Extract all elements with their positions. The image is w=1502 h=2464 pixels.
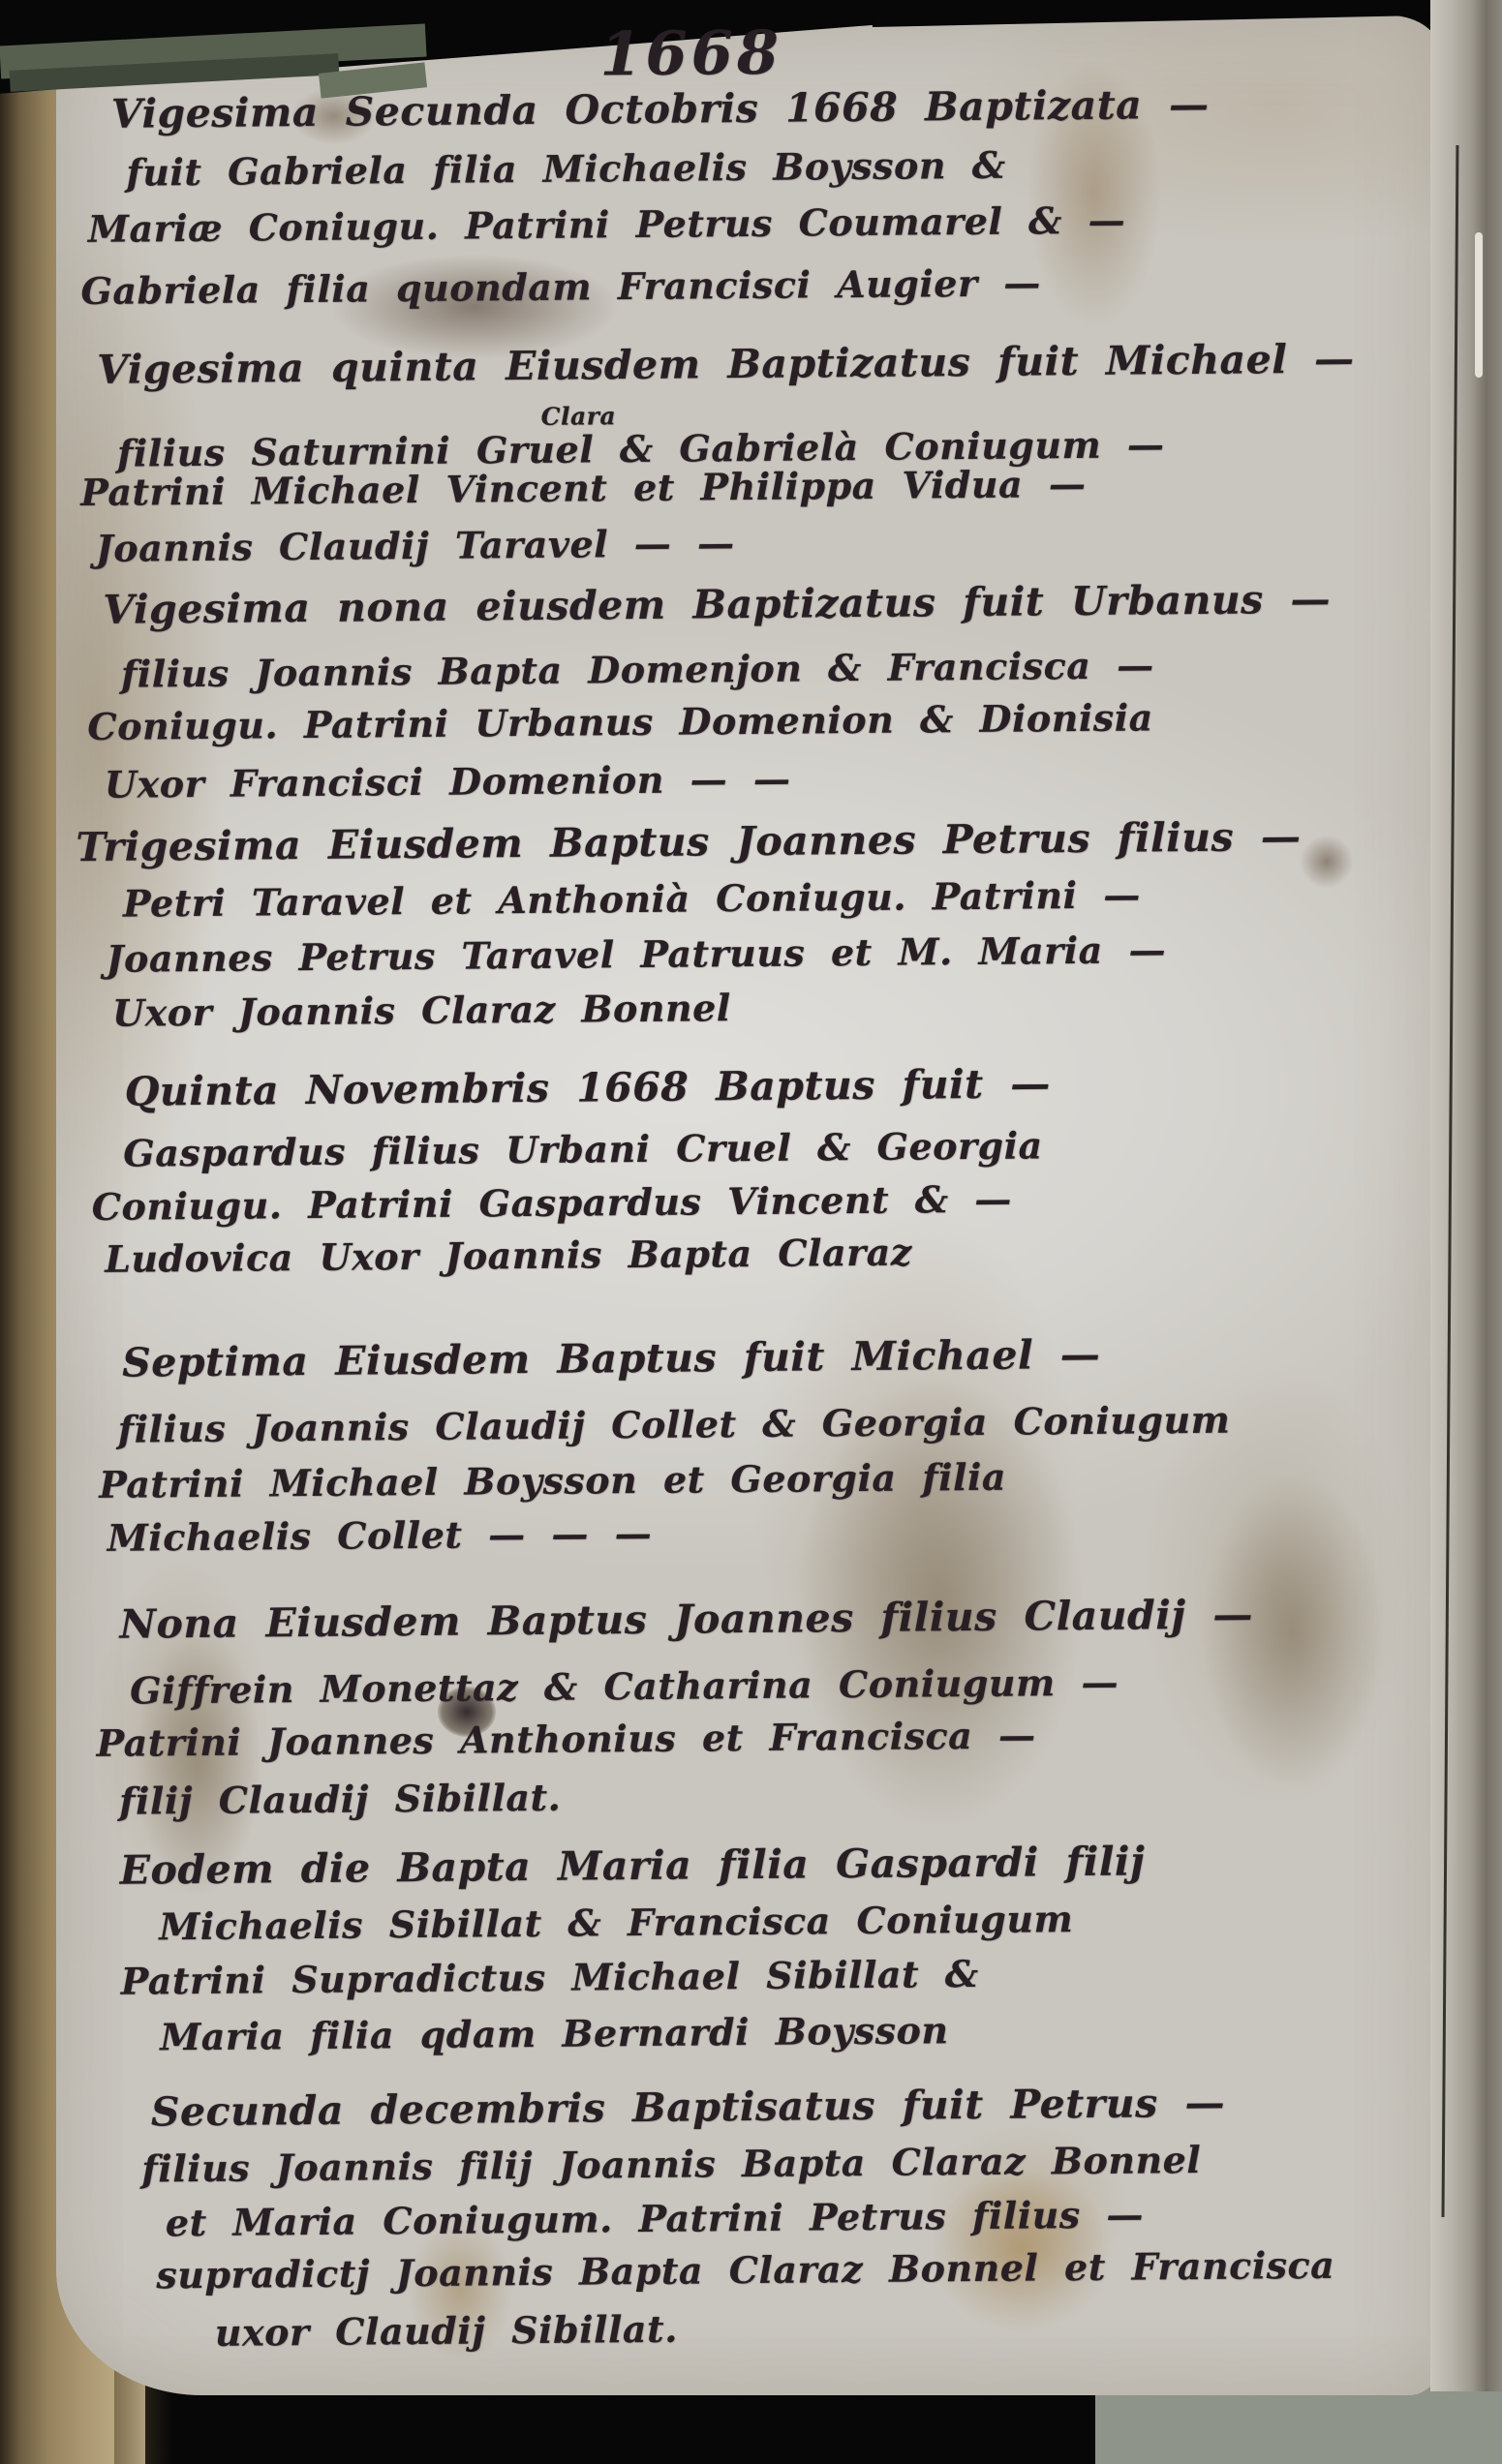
entry-line: Septima Eiusdem Baptus fuit Michael —	[122, 1331, 1101, 1386]
entry-line: Patrini Joannes Anthonius et Francisca —	[96, 1713, 1035, 1764]
entry-line: Patrini Supradictus Michael Sibillat &	[121, 1952, 979, 2003]
manuscript-photo: 1668 Vigesima Secunda Octobris 1668 Bapt…	[0, 0, 1502, 2464]
entry-line: Trigesima Eiusdem Baptus Joannes Petrus …	[76, 813, 1301, 870]
entry-line: Uxor Joannis Claraz Bonnel	[112, 986, 731, 1035]
entry-line: filij Claudij Sibillat.	[119, 1776, 562, 1823]
entry-line: Maria filia qdam Bernardi Boysson	[160, 2008, 949, 2058]
year-heading: 1668	[599, 17, 782, 90]
entry-line: Mariæ Coniugu. Patrini Petrus Coumarel &…	[88, 198, 1126, 251]
entry-line: supradictj Joannis Bapta Claraz Bonnel e…	[156, 2243, 1334, 2297]
entry-line: Vigesima quinta Eiusdem Baptizatus fuit …	[97, 336, 1355, 393]
entry-line: Coniugu. Patrini Gaspardus Vincent & —	[92, 1177, 1012, 1229]
entry-line: et Maria Coniugum. Patrini Petrus filius…	[166, 2193, 1144, 2245]
entry-line: Quinta Novembris 1668 Baptus fuit —	[125, 1060, 1052, 1114]
entry-line: Michaelis Collet — — —	[107, 1511, 653, 1560]
entry-line: Eodem die Bapta Maria filia Gaspardi fil…	[120, 1838, 1146, 1893]
entry-line: filius Joannis filij Joannis Bapta Clara…	[141, 2138, 1201, 2191]
entry-line: Nona Eiusdem Baptus Joannes filius Claud…	[119, 1591, 1253, 1647]
entry-line: Gabriela filia quondam Francisci Augier …	[80, 260, 1041, 313]
entry-line: uxor Claudij Sibillat.	[215, 2307, 678, 2355]
entry-line: Vigesima nona eiusdem Baptizatus fuit Ur…	[103, 576, 1331, 633]
entry-line: Secunda decembris Baptisatus fuit Petrus…	[151, 2080, 1225, 2136]
entry-line: Vigesima Secunda Octobris 1668 Baptizata…	[111, 81, 1210, 137]
handwritten-text: 1668 Vigesima Secunda Octobris 1668 Bapt…	[0, 0, 1502, 2464]
entry-line: Patrini Michael Vincent et Philippa Vidu…	[80, 462, 1086, 514]
entry-line: fuit Gabriela filia Michaelis Boysson &	[126, 143, 1006, 195]
entry-line: Uxor Francisci Domenion — —	[105, 757, 791, 806]
entry-line: Joannis Claudij Taravel — —	[96, 521, 735, 570]
entry-line: Ludovica Uxor Joannis Bapta Claraz	[105, 1231, 912, 1281]
entry-line: Petri Taravel et Anthonià Coniugu. Patri…	[123, 872, 1141, 925]
entry-line: Michaelis Sibillat & Francisca Coniugum	[159, 1897, 1073, 1948]
entry-line: Joannes Petrus Taravel Patruus et M. Mar…	[106, 928, 1166, 981]
entry-line: Patrini Michael Boysson et Georgia filia	[99, 1455, 1006, 1506]
entry-line: Coniugu. Patrini Urbanus Domenion & Dion…	[87, 695, 1153, 748]
entry-line: filius Joannis Claudij Collet & Georgia …	[118, 1398, 1231, 1451]
entry-line: Giffrein Monettaz & Catharina Coniugum —	[130, 1660, 1119, 1713]
entry-line: filius Joannis Bapta Domenjon & Francisc…	[121, 643, 1154, 695]
entry-line: Gaspardus filius Urbani Cruel & Georgia	[123, 1123, 1043, 1174]
